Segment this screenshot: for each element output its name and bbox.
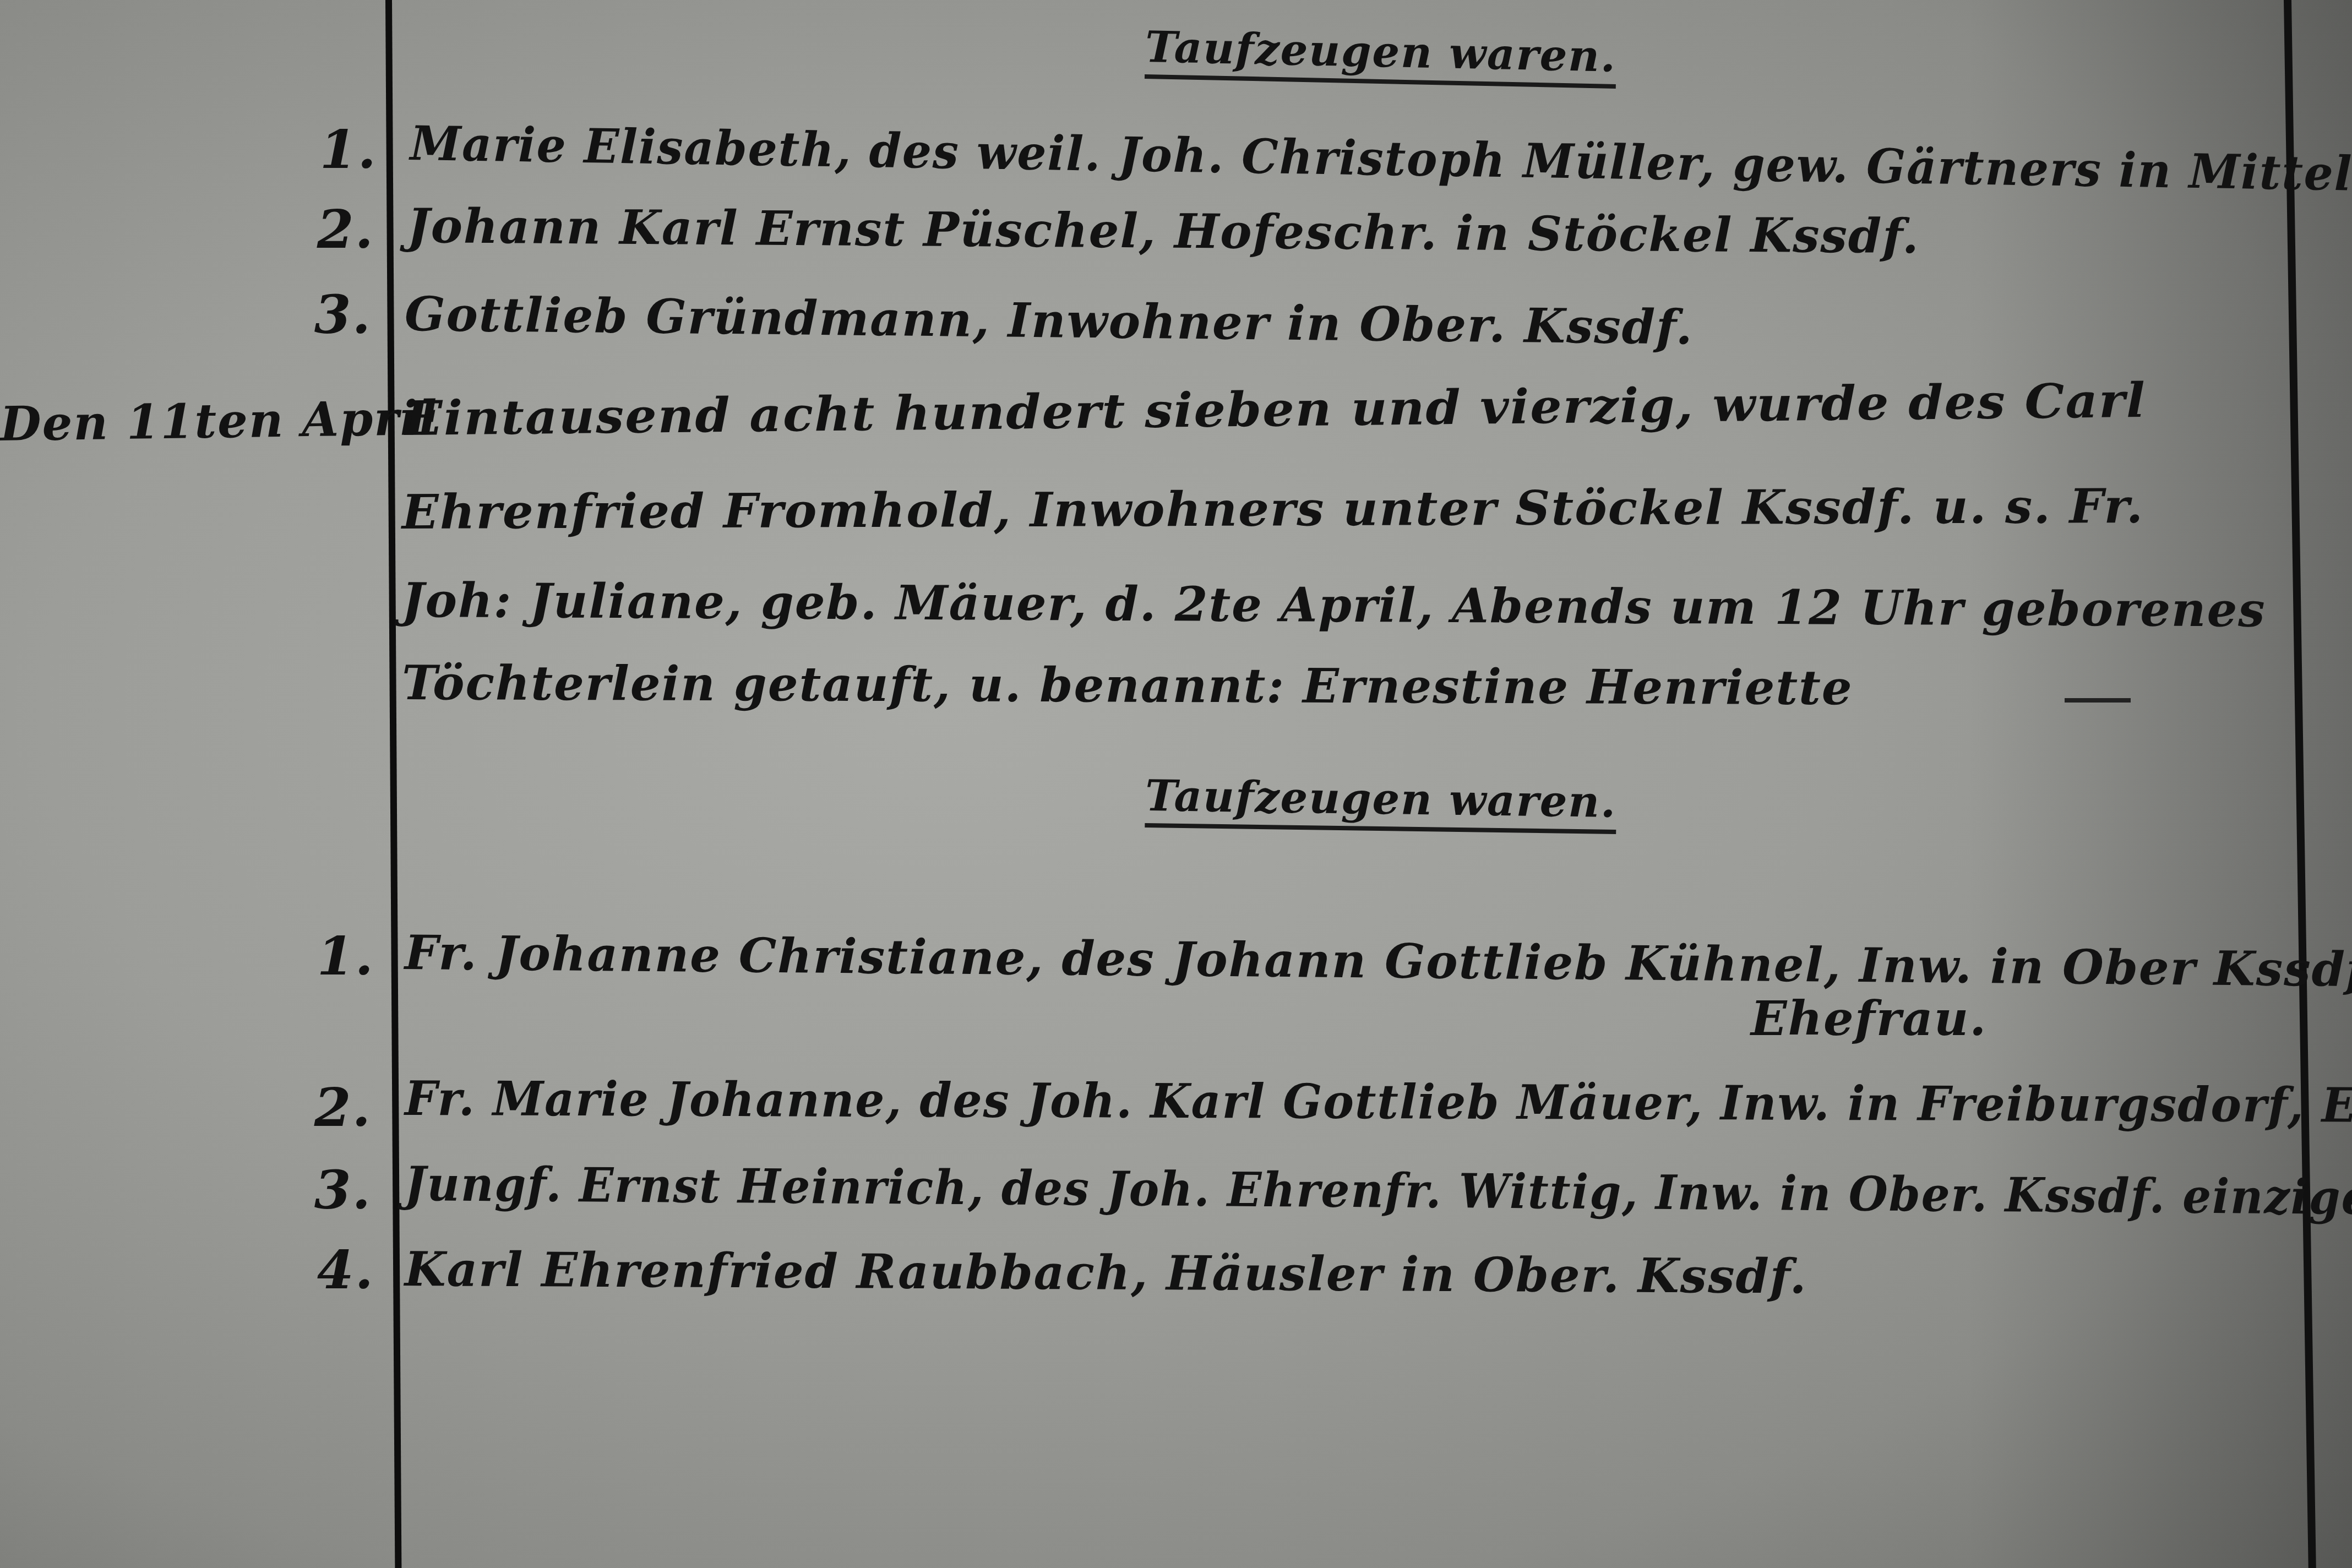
section1-heading: Taufzeugen waren. [1145, 22, 1617, 89]
entry-line: Ehrenfried Fromhold, Inwohners unter Stö… [402, 478, 2144, 540]
sponsor-line: Marie Elisabeth, des weil. Joh. Christop… [410, 116, 2352, 209]
entry-line: Töchterlein getauft, u. benannt: Ernesti… [402, 655, 1853, 716]
sponsor-number: 3. [311, 1159, 372, 1221]
document-page: Taufzeugen waren. 1. Marie Elisabeth, de… [0, 0, 2352, 1568]
sponsor-number: 2. [314, 198, 374, 260]
sponsor-number: 3. [311, 284, 372, 346]
column-rule-right [2284, 0, 2316, 1568]
sponsor-line: Karl Ehrenfried Raubbach, Häusler in Obe… [405, 1242, 1807, 1304]
sponsor-number: 4. [314, 1239, 374, 1301]
sponsor-line: Fr. Marie Johanne, des Joh. Karl Gottlie… [405, 1071, 2352, 1134]
column-rule-left [385, 0, 401, 1568]
sponsor-line-continuation: Ehefrau. [1751, 991, 1987, 1047]
sponsor-line: Jungf. Ernst Heinrich, des Joh. Ehrenfr.… [405, 1156, 2352, 1227]
sponsor-number: 1. [314, 925, 374, 987]
sponsor-number: 1. [317, 118, 377, 181]
sponsor-number: 2. [311, 1076, 372, 1139]
entry-line: Eintausend acht hundert sieben und vierz… [404, 373, 2146, 447]
line-filler-dash [2065, 698, 2131, 703]
margin-date: Den 11ten April [0, 390, 438, 452]
sponsor-line: Fr. Johanne Christiane, des Johann Gottl… [405, 925, 2352, 998]
section2-heading: Taufzeugen waren. [1145, 771, 1617, 834]
entry-line: Joh: Juliane, geb. Mäuer, d. 2te April, … [402, 573, 2266, 638]
sponsor-line: Gottlieb Gründmann, Inwohner in Ober. Ks… [404, 286, 1694, 356]
sponsor-line: Johann Karl Ernst Püschel, Hofeschr. in … [407, 198, 1920, 264]
